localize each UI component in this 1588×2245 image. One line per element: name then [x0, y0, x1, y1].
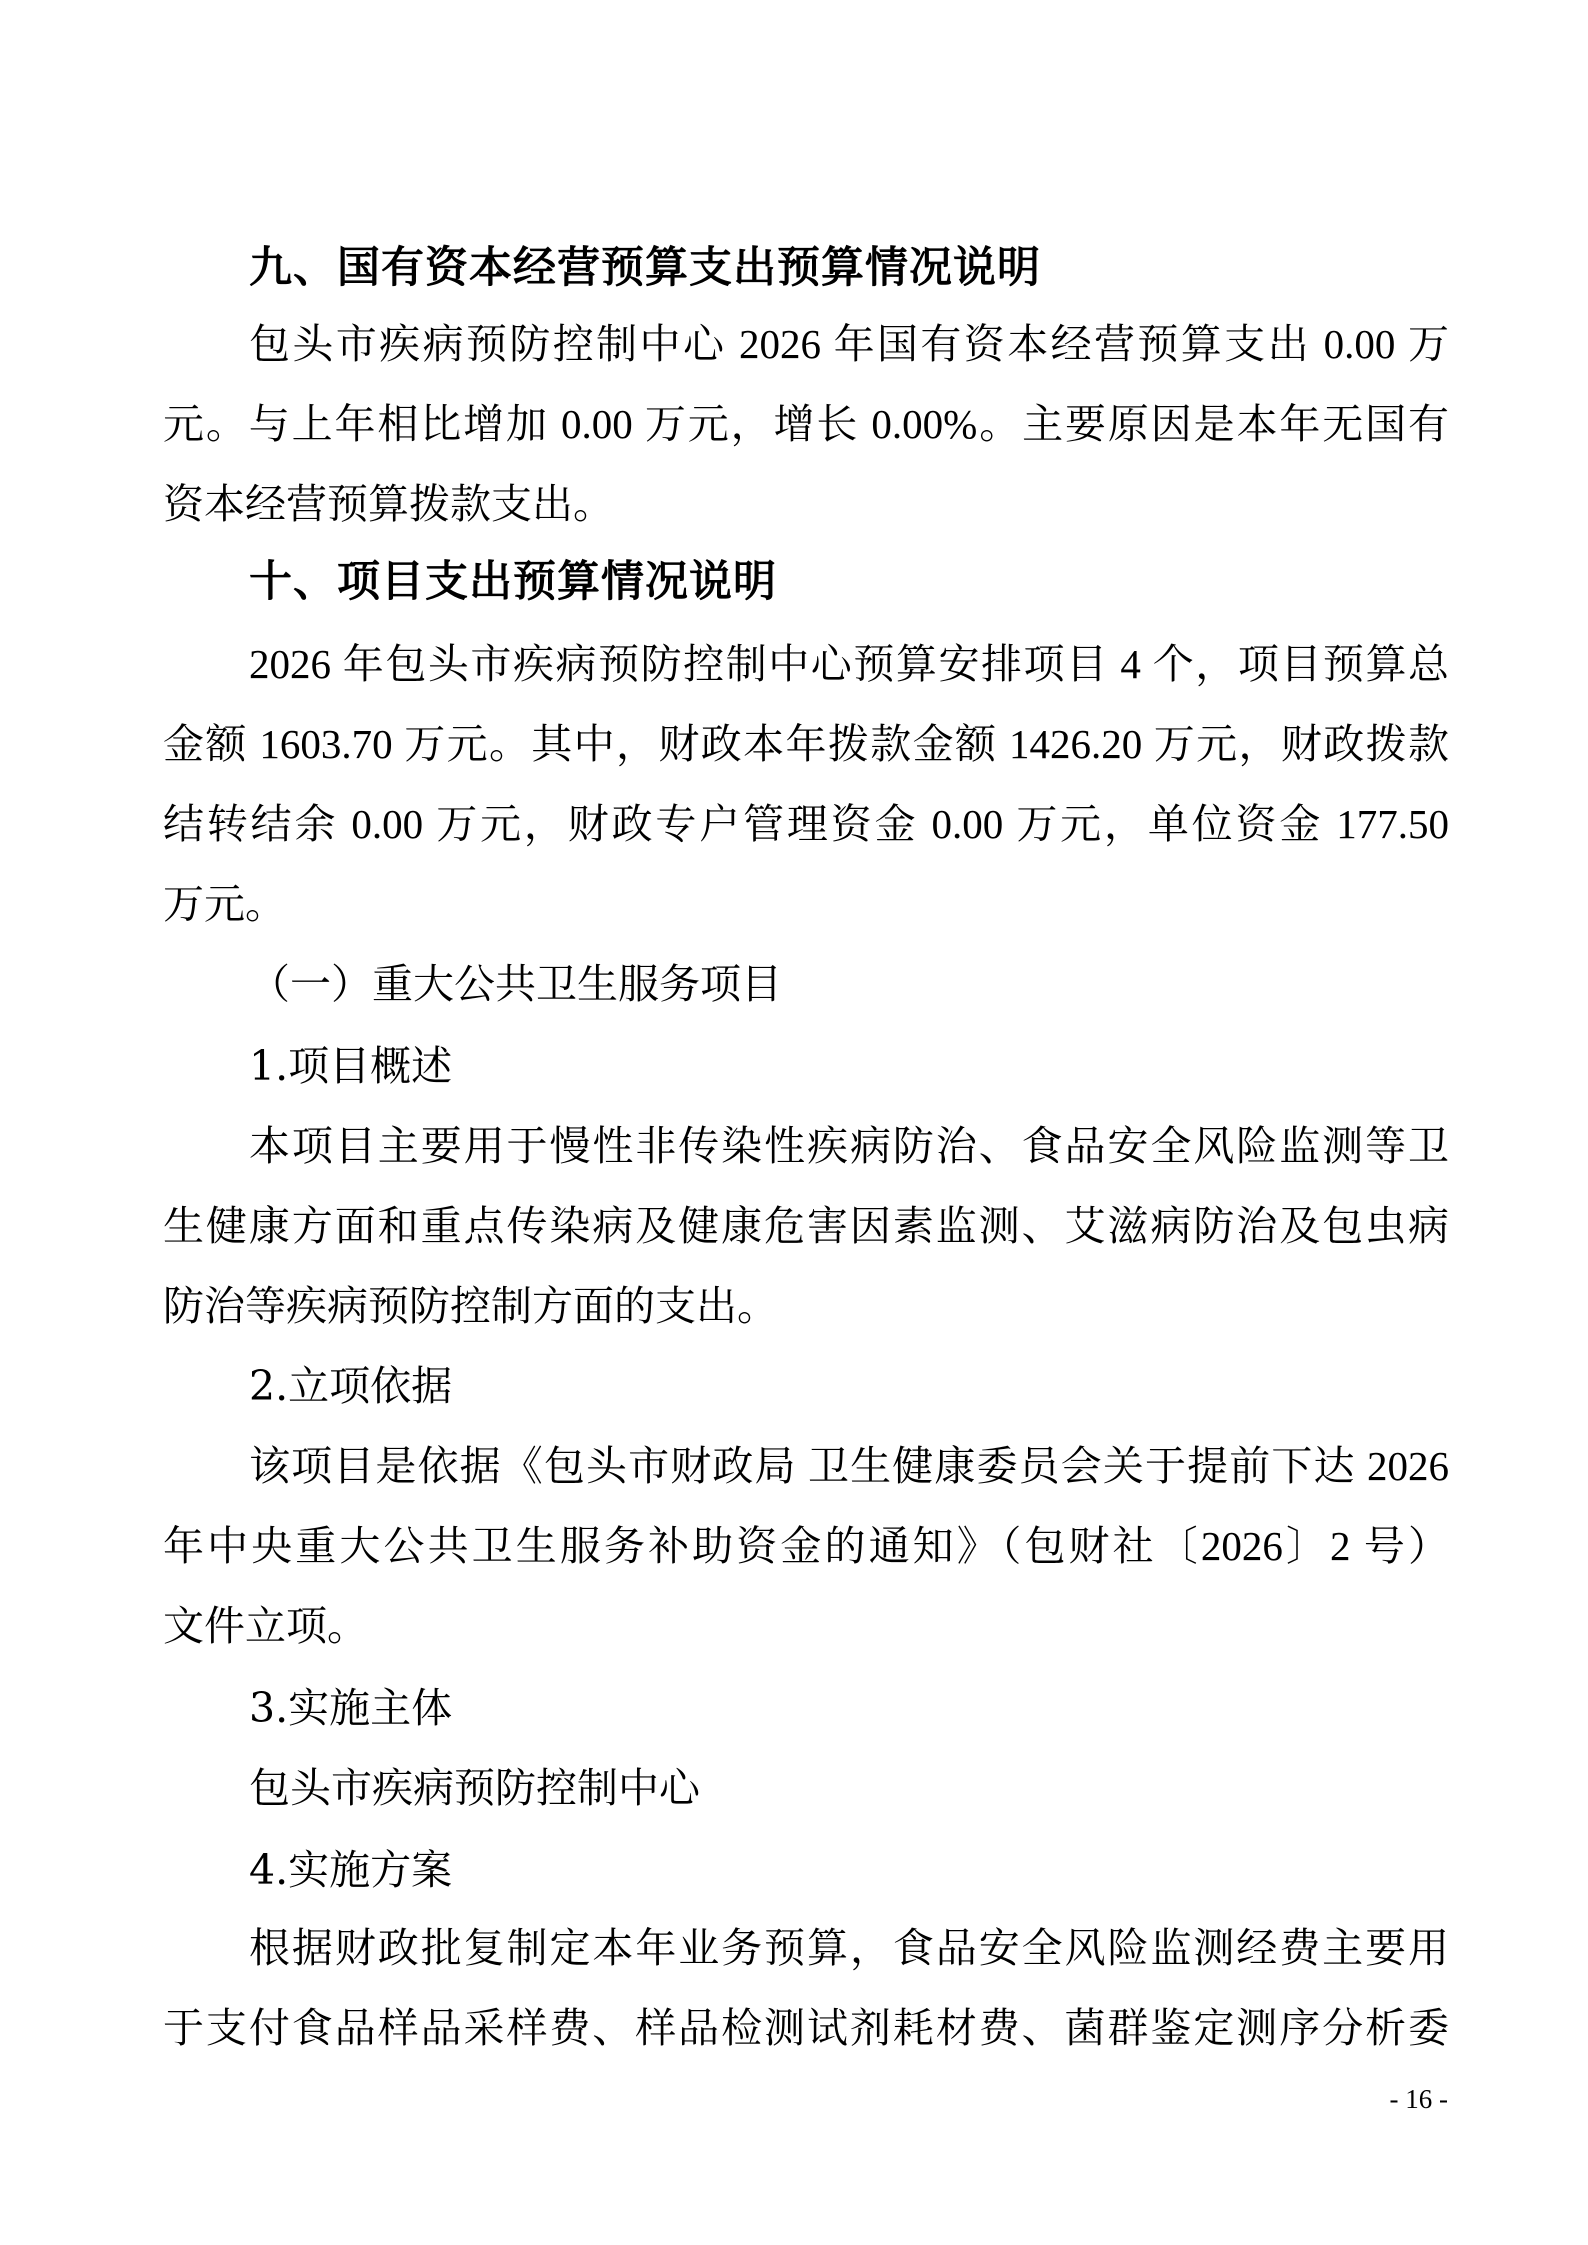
paragraph-line: 万元。 [163, 876, 1449, 946]
page-number: - 16 - [1390, 2083, 1448, 2115]
paragraph-line: 包头市疾病预防控制中心 [163, 1760, 1449, 1830]
paragraph-line: 2026 年包头市疾病预防控制中心预算安排项目 4 个，项目预算总 [163, 636, 1449, 706]
subsection-heading-one: （一）重大公共卫生服务项目 [163, 956, 1449, 1026]
section-heading-ten: 十、项目支出预算情况说明 [163, 554, 1449, 624]
item-heading-2-basis: 2.立项依据 [163, 1358, 1449, 1428]
paragraph-line: 资本经营预算拨款支出。 [163, 476, 1449, 546]
paragraph-line: 本项目主要用于慢性非传染性疾病防治、食品安全风险监测等卫 [163, 1118, 1449, 1188]
paragraph-line: 于支付食品样品采样费、样品检测试剂耗材费、菌群鉴定测序分析委 [163, 2000, 1449, 2070]
paragraph-line: 防治等疾病预防控制方面的支出。 [163, 1278, 1449, 1348]
item-heading-4-plan: 4.实施方案 [163, 1842, 1449, 1912]
document-page: 九、国有资本经营预算支出预算情况说明 包头市疾病预防控制中心 2026 年国有资… [0, 0, 1588, 2245]
paragraph-line: 文件立项。 [163, 1598, 1449, 1668]
paragraph-line: 元。与上年相比增加 0.00 万元，增长 0.00%。主要原因是本年无国有 [163, 396, 1449, 466]
item-heading-1-overview: 1.项目概述 [163, 1038, 1449, 1108]
paragraph-line: 根据财政批复制定本年业务预算，食品安全风险监测经费主要用 [163, 1920, 1449, 1990]
paragraph-line: 结转结余 0.00 万元，财政专户管理资金 0.00 万元，单位资金 177.5… [163, 796, 1449, 866]
paragraph-line: 该项目是依据《包头市财政局 卫生健康委员会关于提前下达 2026 [163, 1438, 1449, 1508]
section-heading-nine: 九、国有资本经营预算支出预算情况说明 [163, 240, 1449, 310]
item-heading-3-implementer: 3.实施主体 [163, 1680, 1449, 1750]
paragraph-line: 金额 1603.70 万元。其中，财政本年拨款金额 1426.20 万元，财政拨… [163, 716, 1449, 786]
paragraph-line: 包头市疾病预防控制中心 2026 年国有资本经营预算支出 0.00 万 [163, 316, 1449, 386]
paragraph-line: 年中央重大公共卫生服务补助资金的通知》（包财社〔2026〕2 号） [163, 1518, 1449, 1588]
paragraph-line: 生健康方面和重点传染病及健康危害因素监测、艾滋病防治及包虫病 [163, 1198, 1449, 1268]
